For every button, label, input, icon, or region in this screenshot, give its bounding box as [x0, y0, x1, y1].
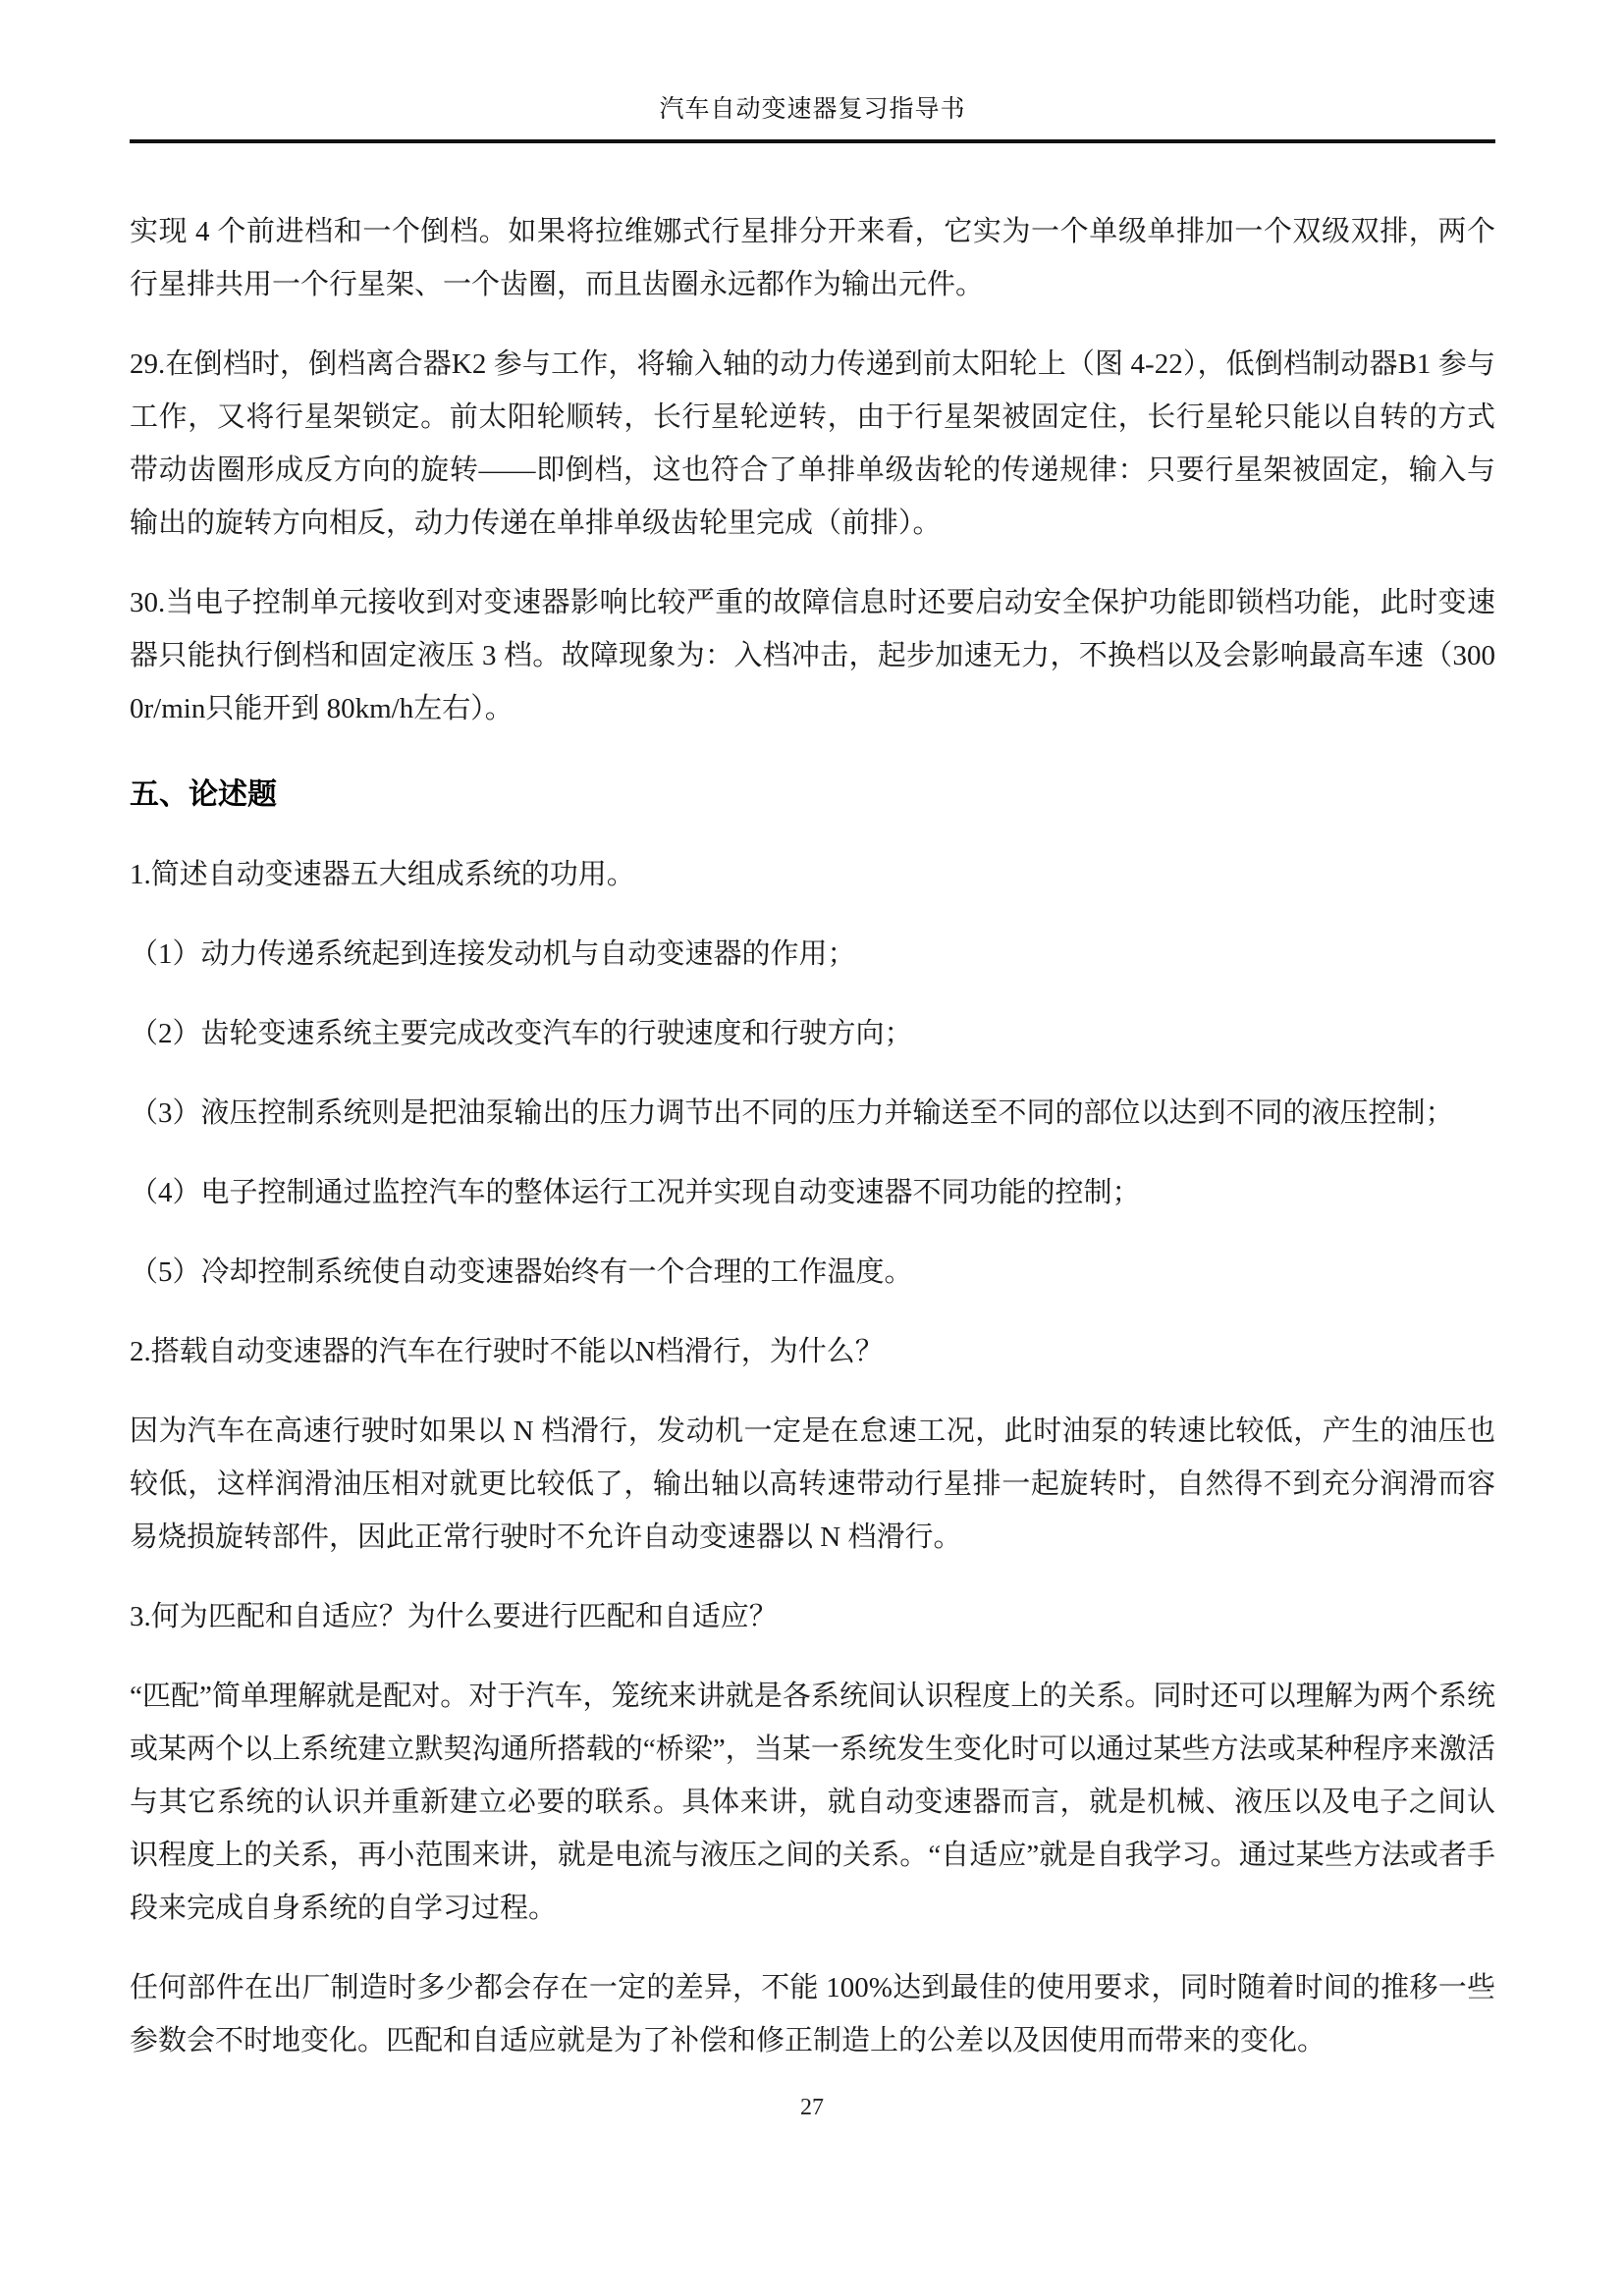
- answer-1-point-3: （3）液压控制系统则是把油泵输出的压力调节出不同的压力并输送至不同的部位以达到不…: [130, 1087, 1495, 1140]
- paragraph-28-continuation: 实现 4 个前进档和一个倒档。如果将拉维娜式行星排分开来看，它实为一个单级单排加…: [130, 205, 1495, 311]
- header-title: 汽车自动变速器复习指导书: [130, 94, 1495, 126]
- page-number: 27: [0, 2095, 1624, 2121]
- question-3: 3.何为匹配和自适应？为什么要进行匹配和自适应？: [130, 1590, 1495, 1643]
- answer-1-point-5: （5）冷却控制系统使自动变速器始终有一个合理的工作温度。: [130, 1246, 1495, 1299]
- section-heading-essay-questions: 五、论述题: [130, 769, 1495, 822]
- paragraph-item-30: 30.当电子控制单元接收到对变速器影响比较严重的故障信息时还要启动安全保护功能即…: [130, 576, 1495, 735]
- answer-3-paragraph-1: “匹配”简单理解就是配对。对于汽车，笼统来讲就是各系统间认识程度上的关系。同时还…: [130, 1670, 1495, 1935]
- answer-1-point-2: （2）齿轮变速系统主要完成改变汽车的行驶速度和行驶方向；: [130, 1007, 1495, 1060]
- question-1: 1.简述自动变速器五大组成系统的功用。: [130, 848, 1495, 901]
- answer-3-paragraph-2: 任何部件在出厂制造时多少都会存在一定的差异，不能 100%达到最佳的使用要求，同…: [130, 1961, 1495, 2067]
- page-header: 汽车自动变速器复习指导书: [130, 94, 1495, 143]
- document-body: 实现 4 个前进档和一个倒档。如果将拉维娜式行星排分开来看，它实为一个单级单排加…: [130, 179, 1495, 2094]
- question-2: 2.搭载自动变速器的汽车在行驶时不能以N档滑行，为什么？: [130, 1325, 1495, 1378]
- header-rule: [130, 139, 1495, 143]
- document-page: 汽车自动变速器复习指导书 实现 4 个前进档和一个倒档。如果将拉维娜式行星排分开…: [0, 0, 1624, 2296]
- paragraph-item-29: 29.在倒档时，倒档离合器K2 参与工作，将输入轴的动力传递到前太阳轮上（图 4…: [130, 338, 1495, 550]
- answer-2: 因为汽车在高速行驶时如果以 N 档滑行，发动机一定是在怠速工况，此时油泵的转速比…: [130, 1405, 1495, 1564]
- answer-1-point-1: （1）动力传递系统起到连接发动机与自动变速器的作用；: [130, 928, 1495, 981]
- answer-1-point-4: （4）电子控制通过监控汽车的整体运行工况并实现自动变速器不同功能的控制；: [130, 1166, 1495, 1219]
